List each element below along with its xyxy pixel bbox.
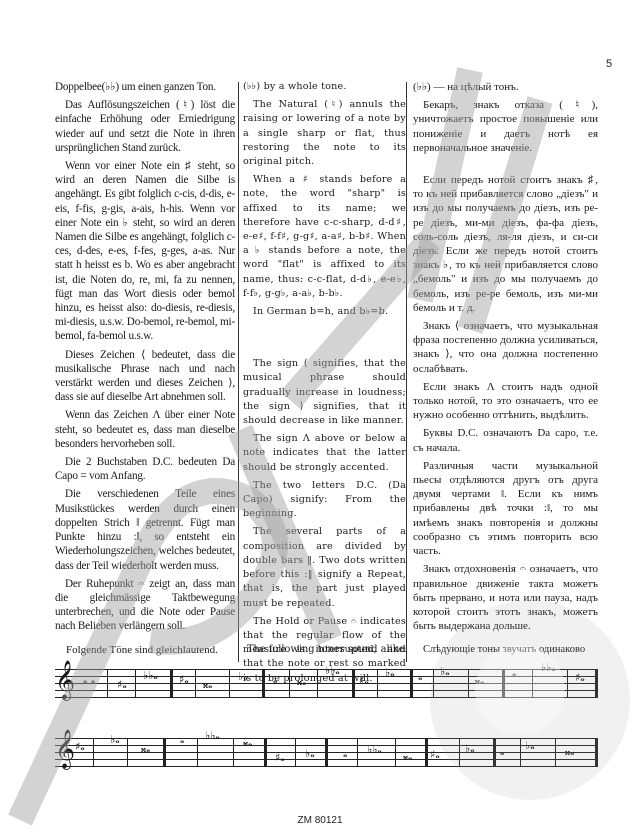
double-barline xyxy=(170,669,173,698)
whole-note: ♭♭𝅝 xyxy=(367,744,382,756)
english-paragraph: The several parts of a composition are d… xyxy=(243,525,406,610)
whole-note: ♯𝅝 xyxy=(179,674,189,686)
footer-catalog-number: ZM 80121 xyxy=(0,815,640,826)
russian-paragraph: Если знакъ Λ стоитъ надъ одной только но… xyxy=(413,380,598,423)
english-paragraph: The Natural (♮) annuls the raising or lo… xyxy=(243,98,406,169)
double-barline xyxy=(352,669,355,698)
german-paragraph: Die verschiedenen Teile eines Musikstück… xyxy=(55,487,235,572)
whole-note: ♭♭𝅝 xyxy=(325,665,340,677)
barline xyxy=(395,738,396,767)
double-barline xyxy=(264,738,267,767)
russian-intro: Слѣдующiе тоны звучатъ одинаково xyxy=(423,644,585,655)
german-intro: Folgende Töne sind gleichlautend. xyxy=(66,644,218,656)
russian-paragraph: Знакъ ⟨ означаетъ, что музыкальная фраза… xyxy=(413,319,598,376)
treble-clef-icon: 𝄞 xyxy=(55,729,75,769)
whole-note: 𝅝 xyxy=(180,734,184,746)
barline xyxy=(532,669,533,698)
whole-note: 𝅝 𝅝 xyxy=(83,674,95,686)
barline xyxy=(468,669,469,698)
barline xyxy=(127,738,128,767)
whole-note: 𝄪𝅝 xyxy=(403,751,412,763)
music-staff-2: 𝄞♯𝅝♭𝅝𝄪𝅝𝅝♭♭𝅝𝄪𝅝♯𝅝♭𝅝𝅝♭♭𝅝𝄪𝅝♯𝅝♭𝅝𝅝♭𝅝𝄪𝅝 xyxy=(55,738,597,766)
barline xyxy=(520,738,521,767)
whole-note: ♯𝅝 xyxy=(359,675,369,687)
whole-note: 𝄪𝅝 xyxy=(475,675,484,687)
final-barline xyxy=(595,738,598,767)
column-divider xyxy=(238,82,239,662)
english-paragraph: The sign Λ above or below a note indicat… xyxy=(243,432,406,475)
barline xyxy=(317,669,318,698)
russian-paragraph: Различныя части музыкальной пьесы отдѣля… xyxy=(413,459,598,558)
whole-note: ♭𝅝 xyxy=(110,734,120,746)
whole-note: ♭♭𝅝 xyxy=(143,670,158,682)
staff-line xyxy=(55,683,595,684)
german-paragraph: Die 2 Buchstaben D.C. bedeuten Da Capo =… xyxy=(55,455,235,483)
german-paragraph: Wenn das Zeichen Λ über einer Note steht… xyxy=(55,408,235,451)
english-paragraph: (♭♭) by a whole tone. xyxy=(243,80,406,94)
double-barline xyxy=(163,738,166,767)
whole-note: 𝄪𝅝 xyxy=(565,746,574,758)
russian-paragraph: Буквы D.C. означаютъ Da capo, т.е. съ на… xyxy=(413,426,598,454)
barline xyxy=(289,669,290,698)
english-column: (♭♭) by a whole tone. The Natural (♮) an… xyxy=(243,80,406,690)
german-paragraph: Wenn vor einer Note ein ♯ steht, so wird… xyxy=(55,159,235,344)
whole-note: ♭♭𝅝 xyxy=(541,662,556,674)
spacer xyxy=(243,323,406,357)
barline xyxy=(555,738,556,767)
russian-paragraph: Бекаръ, знакъ отказа (♮), уничтожаетъ пр… xyxy=(413,98,598,155)
barline xyxy=(567,669,568,698)
german-paragraph: Das Auflösungszeichen (♮) löst die einfa… xyxy=(55,98,235,155)
whole-note: 𝅝 xyxy=(343,748,347,760)
barline xyxy=(295,738,296,767)
double-barline xyxy=(425,738,428,767)
double-barline xyxy=(262,669,265,698)
russian-paragraph: Знакъ отдохновенiя 𝄐 означаетъ, что прав… xyxy=(413,562,598,633)
russian-paragraph: Если передъ нотой стоитъ знакъ ♯, то къ … xyxy=(413,173,598,315)
double-barline xyxy=(502,669,505,698)
double-barline xyxy=(410,669,413,698)
treble-clef-icon: 𝄞 xyxy=(55,660,75,700)
whole-note: ♯𝅝 xyxy=(117,679,127,691)
whole-note: ♭♭𝅝 xyxy=(205,730,220,742)
whole-note: 𝅝 xyxy=(500,746,504,758)
barline xyxy=(107,669,108,698)
whole-note: 𝄪𝅝 xyxy=(297,676,306,688)
whole-note: 𝅝 xyxy=(512,667,516,679)
whole-note: ♭𝅝 xyxy=(465,743,475,755)
whole-note: 𝄪𝅝 xyxy=(243,737,252,749)
whole-note: 𝅝 xyxy=(273,674,277,686)
barline xyxy=(357,738,358,767)
german-column: Doppelbee(♭♭) um einen ganzen Ton. Das A… xyxy=(55,80,235,638)
english-paragraph: The sign ⟨ signifies, that the musical p… xyxy=(243,357,406,428)
german-paragraph: Dieses Zeichen ⟨ bedeutet, dass die musi… xyxy=(55,348,235,405)
barline xyxy=(197,738,198,767)
staff-line xyxy=(55,697,595,698)
english-intro: The following tones sound alike: xyxy=(247,644,408,655)
english-paragraph: When a ♯ stands before a note, the word … xyxy=(243,173,406,301)
barline xyxy=(433,669,434,698)
whole-note: 𝄪𝅝 xyxy=(203,679,212,691)
whole-note: ♯𝅝 xyxy=(75,741,85,753)
whole-note: 𝄪𝅝 xyxy=(141,743,150,755)
german-paragraph: Doppelbee(♭♭) um einen ganzen Ton. xyxy=(55,80,235,94)
russian-paragraph: (♭♭) — на цѣлый тонъ. xyxy=(413,80,598,94)
whole-note: ♯𝅝 xyxy=(575,672,585,684)
final-barline xyxy=(595,669,598,698)
barline xyxy=(93,738,94,767)
whole-note: ♭𝅝 xyxy=(440,666,450,678)
barline xyxy=(459,738,460,767)
english-paragraph: The two letters D.C. (Da Capo) signify: … xyxy=(243,479,406,522)
whole-note: ♭𝅝 xyxy=(238,671,248,683)
double-barline xyxy=(493,738,496,767)
staff-line xyxy=(55,690,595,691)
whole-note: 𝅝 xyxy=(418,671,422,683)
barline xyxy=(229,669,230,698)
whole-note: ♭𝅝 xyxy=(385,667,395,679)
barline xyxy=(135,669,136,698)
russian-column: (♭♭) — на цѣлый тонъ. Бекаръ, знакъ отка… xyxy=(413,80,598,637)
whole-note: ♯𝅝 xyxy=(275,752,285,764)
whole-note: ♭𝅝 xyxy=(525,740,535,752)
barline xyxy=(195,669,196,698)
page-number: 5 xyxy=(606,58,612,70)
column-divider xyxy=(406,82,407,662)
barline xyxy=(233,738,234,767)
spacer xyxy=(413,159,598,173)
music-staff-1: 𝄞𝅝 𝅝♯𝅝♭♭𝅝♯𝅝𝄪𝅝♭𝅝𝅝𝄪𝅝♭♭𝅝♯𝅝♭𝅝𝅝♭𝅝𝄪𝅝𝅝♭♭𝅝♯𝅝 xyxy=(55,669,597,697)
english-paragraph: In German b=h, and b♭=b. xyxy=(243,305,406,319)
whole-note: ♯𝅝 xyxy=(430,749,440,761)
german-paragraph: Der Ruhepunkt 𝄐 zeigt an, dass man die g… xyxy=(55,577,235,634)
whole-note: ♭𝅝 xyxy=(305,748,315,760)
double-barline xyxy=(325,738,328,767)
barline xyxy=(377,669,378,698)
